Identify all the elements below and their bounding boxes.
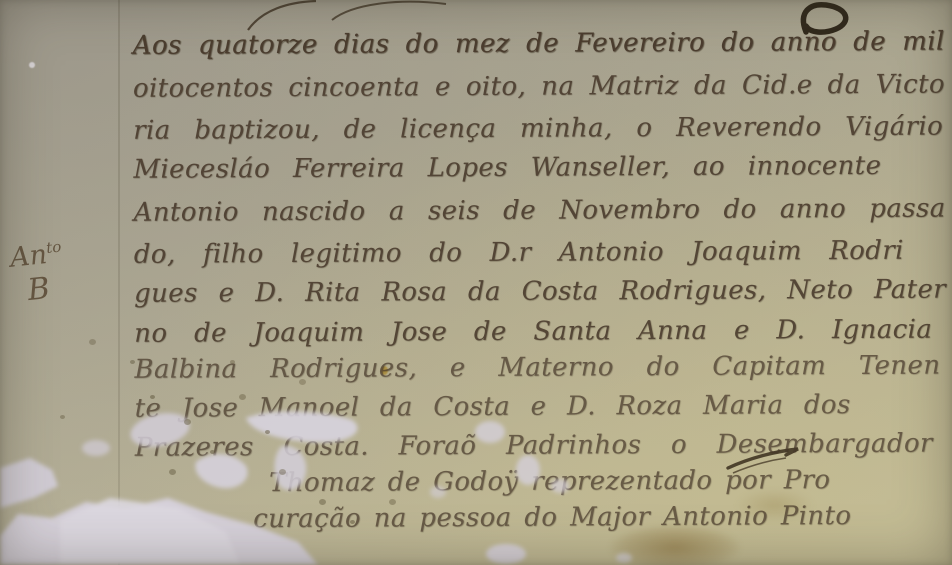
manuscript-line: te Jose Manoel da Costa e D. Roza Maria … [135,390,851,424]
manuscript-line: Antonio nascido a seis de Novembro do an… [134,194,946,228]
manuscript-line: do, filho legitimo do D.r Antonio Joaqui… [134,236,904,270]
mottled-specks [150,395,155,399]
manuscript-line: Miecesláo Ferreira Lopes Wanseller, ao i… [133,151,881,185]
manuscript-line: oitocentos cincoenta e oito, na Matriz d… [133,70,945,104]
manuscript-line: no de Joaquim Jose de Santa Anna e D. Ig… [134,315,932,349]
manuscript-line: gues e D. Rita Rosa da Costa Rodrigues, … [134,275,946,309]
manuscript-line: Aos quatorze dias do mez de Fevereiro do… [133,27,945,61]
manuscript-line: Balbina Rodrigues, e Materno do Capitam … [134,351,940,385]
manuscript-photo: Anto B Aos quatorze dias do mez de Fever… [0,0,952,565]
manuscript-line: curação na pessoa do Major Antonio Pinto [253,501,791,534]
manuscript-line: ria baptizou, de licença minha, o Revere… [133,112,943,146]
manuscript-line: Thomaz de Godoÿ reprezentado por Pro [269,465,797,498]
manuscript-line: Prazeres Costa. Foraõ Padrinhos o Desemb… [135,429,933,463]
manuscript-text-block: Aos quatorze dias do mez de Fevereiro do… [0,0,952,565]
